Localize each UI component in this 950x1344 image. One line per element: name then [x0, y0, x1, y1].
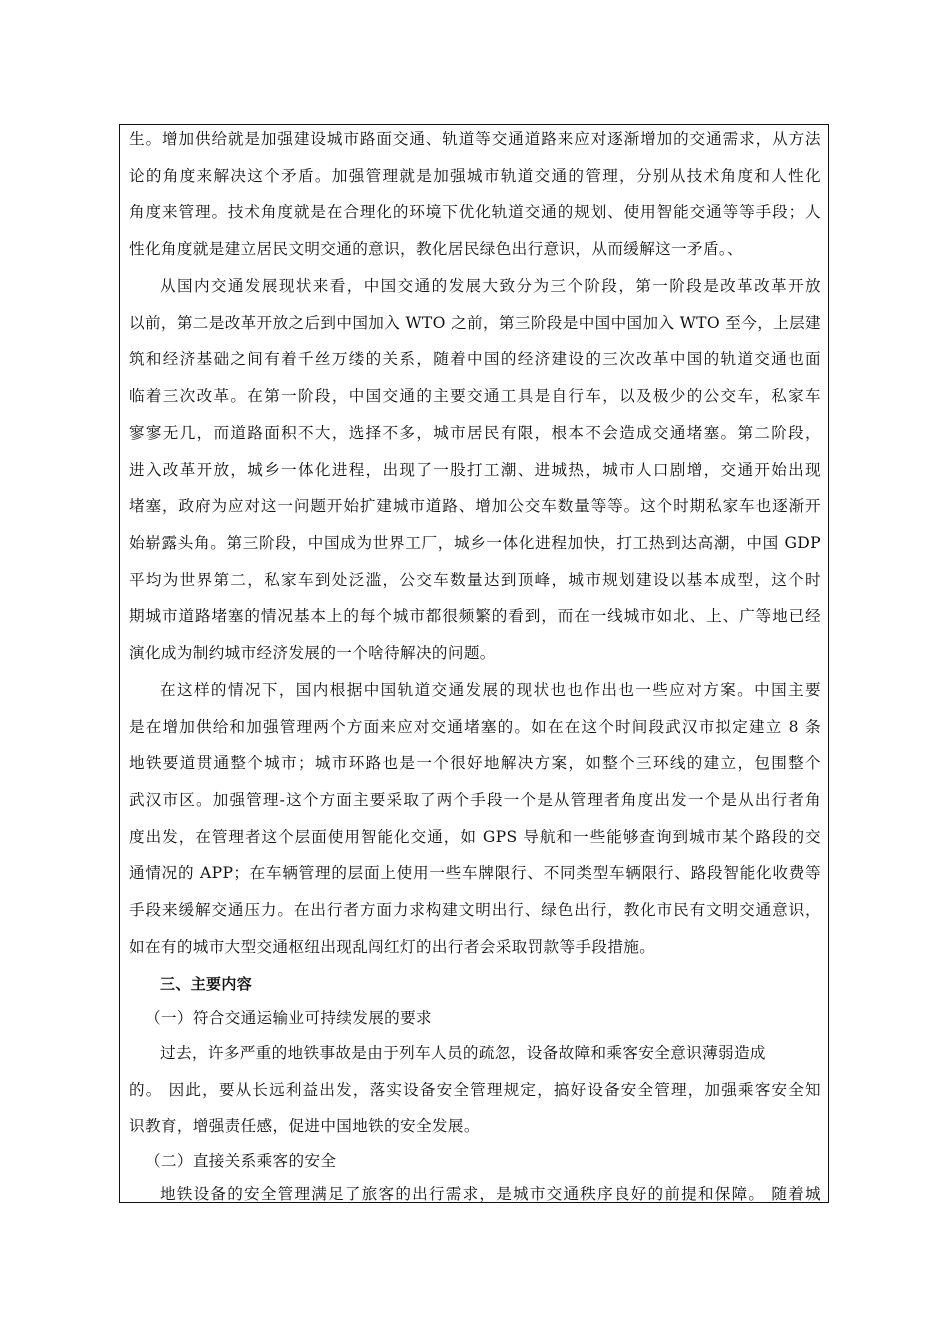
paragraph-line: 过去，许多严重的地铁事故是由于列车人员的疏忽，设备故障和乘客安全意识薄弱造成: [129, 1043, 821, 1063]
paragraph-line: 以前，第二是改革开放之后到中国加入 WTO 之前，第三阶段是中国中国加入 WTO…: [129, 313, 821, 333]
paragraph-line: 地铁要道贯通整个城市；城市环路也是一个很好地解决方案，如整个三环线的建立，包围整…: [129, 753, 821, 773]
paragraph-line: 武汉市区。加强管理-这个方面主要采取了两个手段一个是从管理者角度出发一个是从出行…: [129, 790, 821, 810]
paragraph-line: 的。 因此，要从长远利益出发，落实设备安全管理规定，搞好设备安全管理，加强乘客安…: [129, 1080, 821, 1100]
paragraph-line: 进入改革开放，城乡一体化进程，出现了一股打工潮、进城热，城市人口剧增，交通开始出…: [129, 460, 821, 480]
paragraph-line: 手段来缓解交通压力。在出行者方面力求构建文明出行、绿色出行，教化市民有文明交通意…: [129, 900, 821, 920]
paragraph-line: 生。增加供给就是加强建设城市路面交通、轨道等交通道路来应对逐渐增加的交通需求，从…: [129, 129, 821, 149]
paragraph-line: 平均为世界第二，私家车到处泛滥，公交车数量达到顶峰，城市规划建设以基本成型，这个…: [129, 570, 821, 590]
paragraph-line: 度出发，在管理者这个层面使用智能化交通，如 GPS 导航和一些能够查询到城市某个…: [129, 827, 821, 847]
paragraph-line: 临着三次改革。在第一阶段，中国交通的主要交通工具是自行车，以及极少的公交车，私家…: [129, 386, 821, 406]
subsection-title: （一）符合交通运输业可持续发展的要求: [145, 1008, 837, 1028]
paragraph-line: 性化角度就是建立居民文明交通的意识，教化居民绿色出行意识，从而缓解这一矛盾。、: [129, 239, 821, 259]
paragraph-line: 通情况的 APP；在车辆管理的层面上使用一些车牌限行、不同类型车辆限行、路段智能…: [129, 863, 821, 883]
paragraph-line: 演化成为制约城市经济发展的一个啥待解决的问题。: [129, 643, 821, 663]
paragraph-line: 从国内交通发展现状来看，中国交通的发展大致分为三个阶段，第一阶段是改革改革开放: [129, 276, 821, 296]
subsection-title: （二）直接关系乘客的安全: [145, 1151, 837, 1171]
section-heading: 三、主要内容: [129, 974, 821, 994]
paragraph-line: 寥寥无几，而道路面积不大，选择不多，城市居民有限，根本不会造成交通堵塞。第二阶段…: [129, 423, 821, 443]
content-table-cell: 生。增加供给就是加强建设城市路面交通、轨道等交通道路来应对逐渐增加的交通需求，从…: [119, 124, 829, 1203]
paragraph-line: 角度来管理。技术角度就是在合理化的环境下优化轨道交通的规划、使用智能交通等等手段…: [129, 202, 821, 222]
paragraph-line: 期城市道路堵塞的情况基本上的每个城市都很频繁的看到，而在一线城市如北、上、广等地…: [129, 606, 821, 626]
paragraph-line: 筑和经济基础之间有着千丝万缕的关系，随着中国的经济建设的三次改革中国的轨道交通也…: [129, 349, 821, 369]
paragraph-line: 在这样的情况下，国内根据中国轨道交通发展的现状也也作出也一些应对方案。中国主要: [129, 680, 821, 700]
paragraph-line: 堵塞，政府为应对这一问题开始扩建城市道路、增加公交车数量等等。这个时期私家车也逐…: [129, 496, 821, 516]
paragraph-line: 如在有的城市大型交通枢纽出现乱闯红灯的出行者会采取罚款等手段措施。: [129, 937, 821, 957]
paragraph-line: 是在增加供给和加强管理两个方面来应对交通堵塞的。如在在这个时间段武汉市拟定建立 …: [129, 717, 821, 737]
paragraph-line: 识教育，增强责任感，促进中国地铁的安全发展。: [129, 1116, 821, 1136]
paragraph-line: 地铁设备的安全管理满足了旅客的出行需求，是城市交通秩序良好的前提和保障。 随着城: [129, 1184, 821, 1204]
paragraph-line: 始崭露头角。第三阶段，中国成为世界工厂，城乡一体化进程加快，打工热到达高潮，中国…: [129, 533, 821, 553]
paragraph-line: 论的角度来解决这个矛盾。加强管理就是加强城市轨道交通的管理，分别从技术角度和人性…: [129, 166, 821, 186]
